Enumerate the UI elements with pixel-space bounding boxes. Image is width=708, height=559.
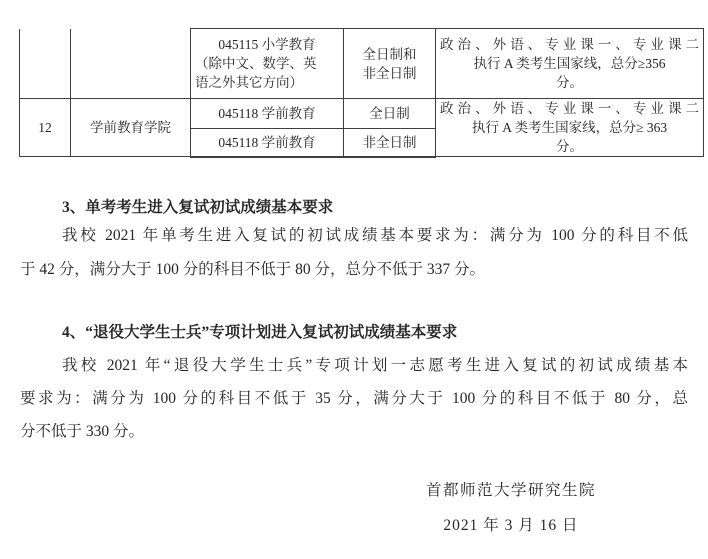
table-row-045115: 045115 小学教育 （除中文、数学、英 语之外其它方向） 全日制和 非全日制… [20, 29, 704, 99]
table-row-045118-fulltime: 12 学前教育学院 045118 学前教育 全日制 政治、外语、专业课一、专业课… [20, 99, 704, 129]
program-cell-045118-parttime: 045118 学前教育 [191, 129, 344, 157]
program-note: （除中文、数学、英 语之外其它方向） [195, 54, 339, 92]
section4-paragraph-line: 要求为：满分为 100 分的科目不低于 35 分，满分大于 100 分的科目不低… [20, 389, 688, 409]
study-mode-cell: 全日制 [344, 99, 436, 129]
section4-paragraph-line: 我校 2021 年“退役大学生士兵”专项计划一志愿考生进入复试的初试成绩基本 [20, 356, 688, 376]
requirement-line: 政治、外语、专业课一、专业课二 [440, 35, 699, 54]
unit-number-cell: 12 [20, 99, 71, 157]
signature-date: 2021 年 3 月 16 日 [380, 516, 642, 536]
program-code: 045115 小学教育 [195, 35, 339, 54]
unit-number-cell-empty [20, 29, 71, 99]
requirement-line: 分。 [440, 73, 699, 92]
requirement-cell-045115: 政治、外语、专业课一、专业课二 执行 A 类考生国家线，总分≥356 分。 [436, 29, 704, 99]
section4-paragraph-line: 分不低于 330 分。 [20, 422, 144, 442]
section3-heading: 3、单考考生进入复试初试成绩基本要求 [62, 198, 333, 218]
study-mode-cell: 全日制和 非全日制 [344, 29, 436, 99]
unit-name-cell: 学前教育学院 [71, 99, 191, 157]
section3-paragraph-line: 我校 2021 年单考生进入复试的初试成绩基本要求为：满分为 100 分的科目不… [20, 226, 688, 246]
unit-name-cell-empty [71, 29, 191, 99]
study-mode-cell: 非全日制 [344, 129, 436, 157]
signature-organization: 首都师范大学研究生院 [380, 481, 642, 501]
program-cell-045118-fulltime: 045118 学前教育 [191, 99, 344, 129]
program-cell-045115: 045115 小学教育 （除中文、数学、英 语之外其它方向） [191, 29, 344, 99]
requirement-cell-045118: 政治、外语、专业课一、专业课二 执行 A 类考生国家线，总分≥ 363 分。 [436, 99, 704, 157]
requirement-line: 分。 [440, 137, 699, 156]
requirement-line: 政治、外语、专业课一、专业课二 [440, 99, 699, 118]
section4-heading: 4、“退役大学生士兵”专项计划进入复试初试成绩基本要求 [62, 323, 457, 343]
requirement-line: 执行 A 类考生国家线，总分≥356 [440, 54, 699, 73]
document-page: 045115 小学教育 （除中文、数学、英 语之外其它方向） 全日制和 非全日制… [0, 0, 708, 559]
requirement-line: 执行 A 类考生国家线，总分≥ 363 [440, 118, 699, 137]
section3-paragraph-line: 于 42 分，满分大于 100 分的科目不低于 80 分，总分不低于 337 分… [20, 260, 485, 280]
admission-requirements-table: 045115 小学教育 （除中文、数学、英 语之外其它方向） 全日制和 非全日制… [19, 28, 704, 158]
